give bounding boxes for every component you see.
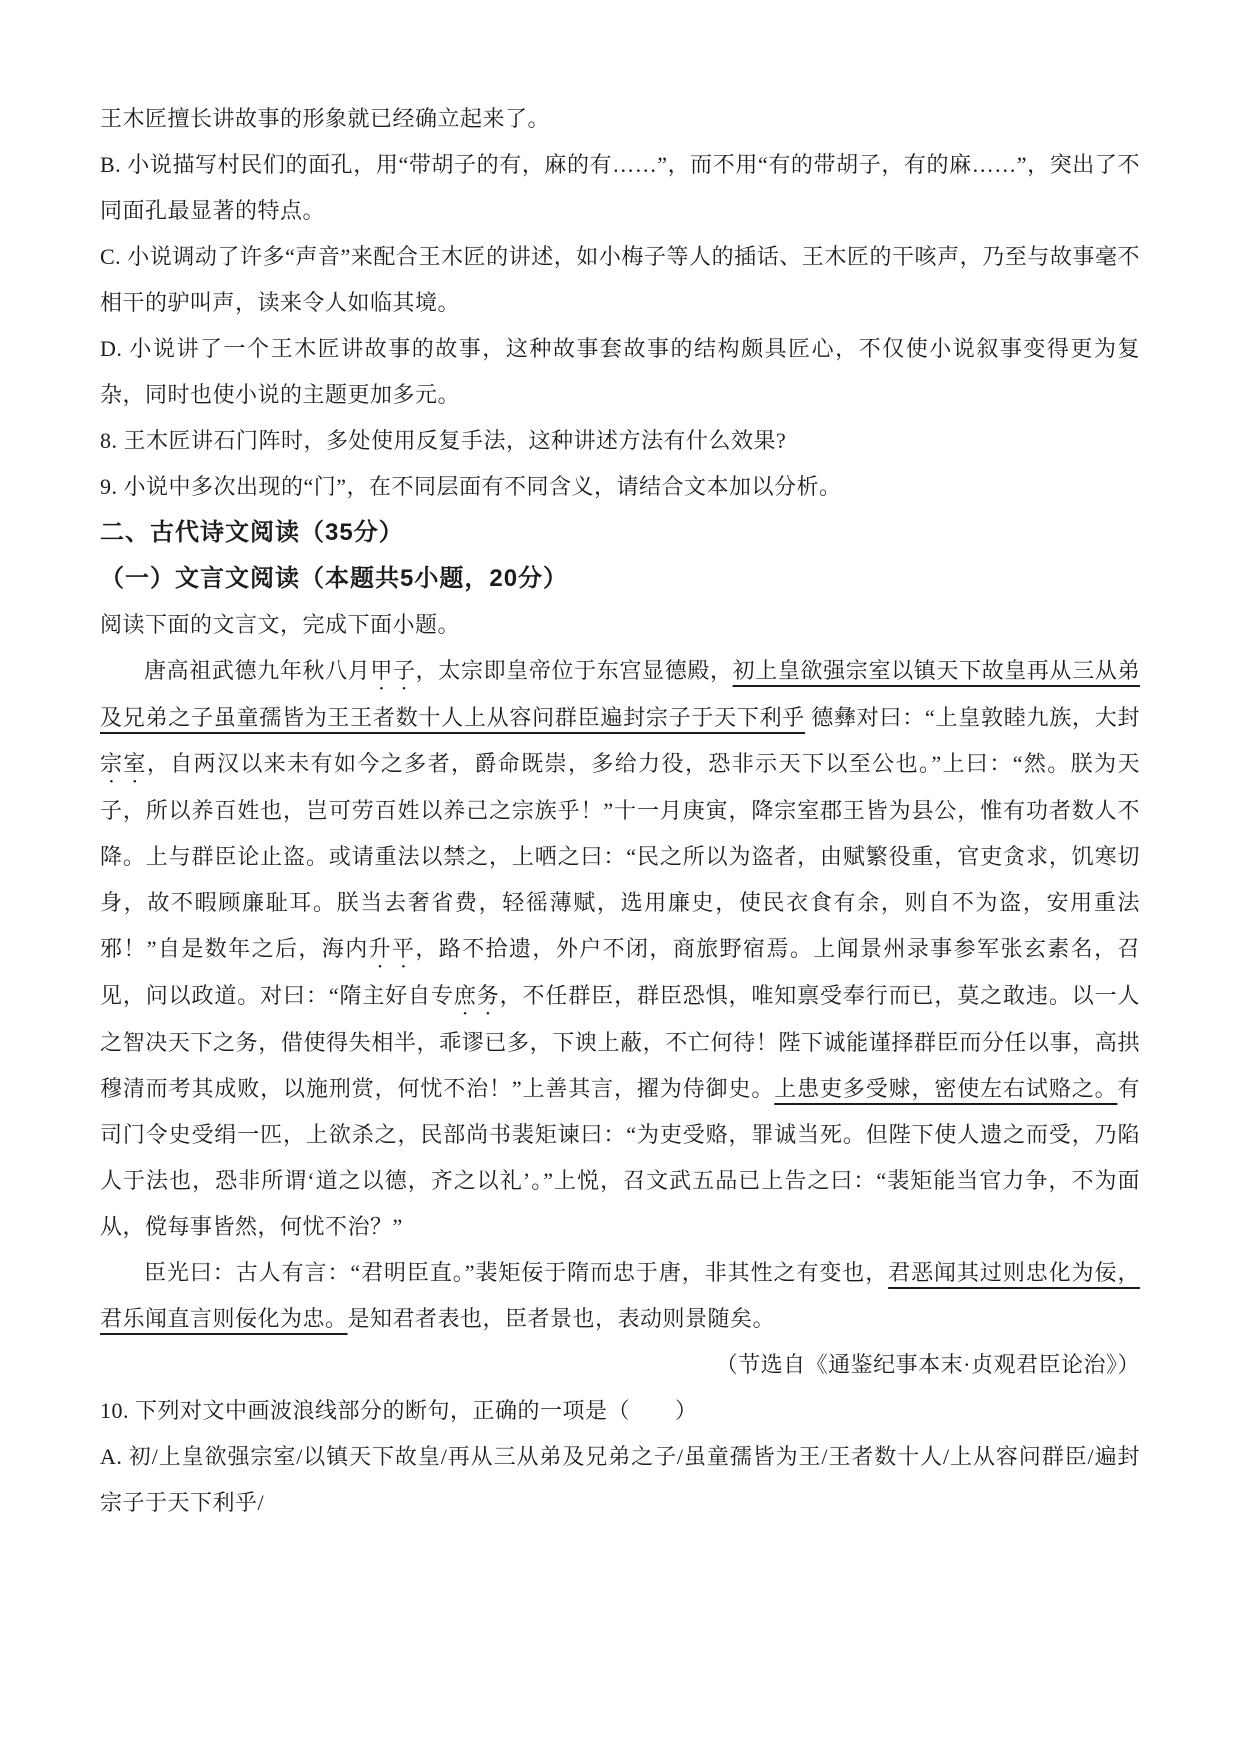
question-10: 10. 下列对文中画波浪线部分的断句，正确的一项是（ ）: [100, 1388, 1140, 1434]
text-run: A. 初/上皇欲强宗室/以镇天下故皇/再从三从弟及兄弟之子/虽童孺皆为王/王者数…: [100, 1444, 1140, 1515]
text-run: 臣光曰：古人有言：“君明臣直。”裴矩佞于隋而忠于唐，非其性之有变也，: [144, 1260, 888, 1285]
text-run: 二、古代诗文阅读（35分）: [100, 519, 404, 546]
underlined-passage-text: 上患吏多受赇，密使左右试赂之。: [774, 1076, 1117, 1101]
classical-passage: 唐高祖武德九年秋八月甲子，太宗即皇帝位于东宫显德殿，初上皇欲强宗室以镇天下故皇再…: [100, 648, 1140, 1250]
dot-emphasized-term: 升平: [369, 936, 416, 961]
text-run: ，自两汉以来未有如今之多者，爵命既崇，多给力役，恐非示天下以至公也。”上曰：“然…: [100, 751, 1140, 961]
text-run: 唐高祖武德九年秋八月: [144, 658, 370, 683]
dot-emphasized-term: 庶务: [454, 983, 500, 1008]
text-run: C. 小说调动了许多“声音”来配合王木匠的讲述，如小梅子等人的插话、王木匠的干咳…: [100, 244, 1140, 315]
dot-emphasized-term: 宗室: [100, 751, 147, 776]
text-run: （一）文言文阅读（本题共5小题，20分）: [100, 565, 568, 592]
option-c: C. 小说调动了许多“声音”来配合王木匠的讲述，如小梅子等人的插话、王木匠的干咳…: [100, 234, 1140, 326]
option-d: D. 小说讲了一个王木匠讲故事的故事，这种故事套故事的结构颇具匠心，不仅使小说叙…: [100, 326, 1140, 418]
instruction-line: 阅读下面的文言文，完成下面小题。: [100, 602, 1140, 648]
source-attribution: （节选自《通鉴纪事本末·贞观君臣论治》）: [100, 1342, 1140, 1388]
sima-guang-comment: 臣光曰：古人有言：“君明臣直。”裴矩佞于隋而忠于唐，非其性之有变也，君恶闻其过则…: [100, 1250, 1140, 1342]
text-run: 阅读下面的文言文，完成下面小题。: [100, 612, 460, 637]
question-10-option-a: A. 初/上皇欲强宗室/以镇天下故皇/再从三从弟及兄弟之子/虽童孺皆为王/王者数…: [100, 1434, 1140, 1526]
text-run: B. 小说描写村民们的面孔，用“带胡子的有，麻的有……”，而不用“有的带胡子，有…: [100, 152, 1140, 223]
text-run: 9. 小说中多次出现的“门”，在不同层面有不同含义，请结合文本加以分析。: [100, 474, 842, 499]
text-run: 8. 王木匠讲石门阵时，多处使用反复手法，这种讲述方法有什么效果?: [100, 428, 786, 453]
exam-page: 王木匠擅长讲故事的形象就已经确立起来了。B. 小说描写村民们的面孔，用“带胡子的…: [0, 0, 1240, 1754]
text-run: D. 小说讲了一个王木匠讲故事的故事，这种故事套故事的结构颇具匠心，不仅使小说叙…: [100, 336, 1140, 407]
subsection-heading-classical-prose: （一）文言文阅读（本题共5小题，20分）: [100, 556, 1140, 602]
question-8: 8. 王木匠讲石门阵时，多处使用反复手法，这种讲述方法有什么效果?: [100, 418, 1140, 464]
section-heading-ancient-poetry-reading: 二、古代诗文阅读（35分）: [100, 510, 1140, 556]
text-run: 王木匠擅长讲故事的形象就已经确立起来了。: [100, 106, 550, 131]
text-run: （节选自《通鉴纪事本末·贞观君臣论治》）: [716, 1352, 1140, 1377]
text-run: 是知君者表也，臣者景也，表动则景随矣。: [348, 1306, 776, 1331]
option-b: B. 小说描写村民们的面孔，用“带胡子的有，麻的有……”，而不用“有的带胡子，有…: [100, 142, 1140, 234]
dot-emphasized-term: 甲子: [370, 658, 415, 683]
question-9: 9. 小说中多次出现的“门”，在不同层面有不同含义，请结合文本加以分析。: [100, 464, 1140, 510]
document-content: 王木匠擅长讲故事的形象就已经确立起来了。B. 小说描写村民们的面孔，用“带胡子的…: [0, 0, 1240, 1526]
option-a-continuation: 王木匠擅长讲故事的形象就已经确立起来了。: [100, 96, 1140, 142]
text-run: ，太宗即皇帝位于东宫显德殿，: [416, 658, 733, 683]
text-run: 10. 下列对文中画波浪线部分的断句，正确的一项是（ ）: [100, 1398, 698, 1423]
text-run: 德彝对曰：“上皇敦睦九族，大封: [805, 705, 1140, 730]
